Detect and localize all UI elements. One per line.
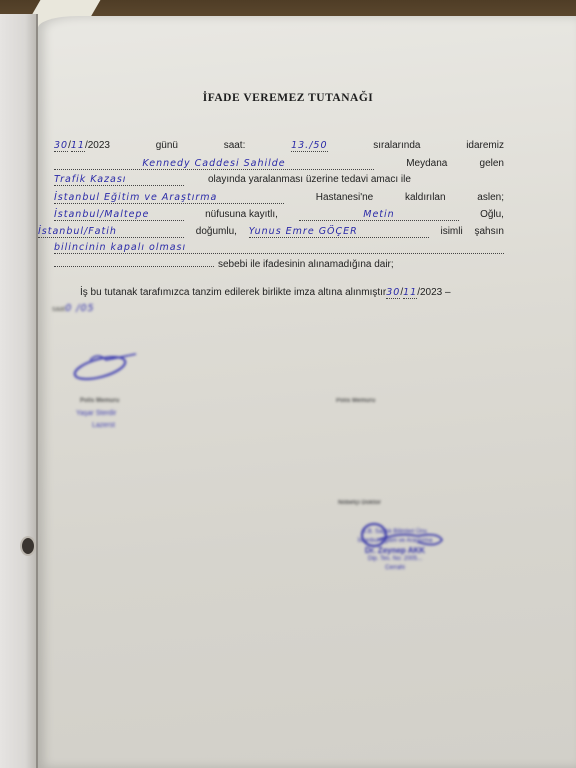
- hospital-value: İstanbul Eğitim ve Araştırma: [54, 192, 284, 204]
- stamp-doctor-name: Dr. Zeynep AKK: [330, 546, 460, 555]
- police1-name-line1: Yaşar Sterdir: [76, 410, 116, 417]
- doctor-stamp: S.B. Sağlık Bilimleri Ünv. İstanbul Eğit…: [330, 528, 460, 598]
- closing-time-value: 0 /05: [65, 303, 94, 314]
- document-title: İFADE VEREMEZ TUTANAĞI: [0, 92, 576, 104]
- date-year: /2023: [85, 140, 110, 151]
- line-hospital: İstanbul Eğitim ve Araştırma Hastanesi'n…: [54, 192, 504, 204]
- registry-value: İstanbul/Maltepe: [54, 209, 184, 221]
- label-gelen: gelen: [480, 158, 504, 169]
- closing-time-prefix: saat: [52, 306, 65, 313]
- line-incident: Trafik Kazası olayında yaralanması üzeri…: [54, 174, 504, 186]
- line-birth: İstanbul/Fatih doğumlu, Yunus Emre GÖÇER…: [38, 226, 504, 238]
- line-date-time: 30/11/2023 günü saat: 13./50 sıralarında…: [54, 140, 504, 152]
- police1-label: Polis Memuru: [80, 398, 119, 404]
- person-name-value: Yunus Emre GÖÇER: [249, 226, 429, 238]
- label-isimli: isimli: [440, 226, 462, 237]
- incident-type-value: Trafik Kazası: [54, 174, 184, 186]
- label-siralarinda: sıralarında: [373, 140, 420, 151]
- birth-place-value: İstanbul/Fatih: [38, 226, 184, 238]
- closing-date-month: 11: [403, 287, 417, 299]
- label-oglu: Oğlu,: [480, 209, 504, 220]
- line-registry: İstanbul/Maltepe nüfusuna kayıtlı, Metin…: [54, 209, 504, 221]
- binder-ring-hole: [22, 538, 34, 554]
- stamp-line3: Dip. Tes. No: 2005...: [330, 555, 460, 564]
- date-field: 30/11/2023: [54, 140, 110, 152]
- label-olayinda: olayında yaralanması üzerine tedavi amac…: [208, 174, 504, 185]
- label-aslen: aslen;: [477, 192, 504, 203]
- doctor-label: Nöbetçi Doktor: [338, 500, 381, 506]
- closing-date-day: 30: [386, 287, 400, 299]
- line-location: Kennedy Caddesi Sahilde Meydana gelen: [54, 158, 504, 170]
- signature-scribble-icon: [70, 348, 140, 382]
- label-kaldirilan: kaldırılan: [405, 192, 446, 203]
- date-day-value: 30: [54, 140, 68, 152]
- label-gunu: günü: [156, 140, 178, 151]
- previous-page-edge: [0, 14, 38, 768]
- line-reason-end: sebebi ile ifadesinin alınamadığına dair…: [54, 256, 504, 270]
- label-sebebi: sebebi ile ifadesinin alınamadığına dair…: [218, 259, 394, 270]
- line-closing-time: saat 0 /05: [52, 303, 172, 314]
- police1-name-line2: Lazerst: [92, 422, 115, 429]
- stamp-line2: İstanbul Eğitim ve Araştırma: [330, 537, 460, 546]
- label-meydana: Meydana: [406, 158, 447, 169]
- line-closing: İş bu tutanak tarafımızca tanzim edilere…: [80, 287, 520, 299]
- label-nufusuna: nüfusuna kayıtlı,: [205, 209, 278, 220]
- label-saat: saat:: [224, 140, 246, 151]
- police2-label: Polis Memuru: [336, 398, 375, 404]
- blank-line: [54, 256, 214, 267]
- line-reason: bilincinin kapalı olması: [54, 242, 504, 254]
- label-idaremiz: idaremiz: [466, 140, 504, 151]
- location-value: Kennedy Caddesi Sahilde: [54, 158, 374, 170]
- stamp-line4: Cerrahi: [330, 564, 460, 573]
- document-page: [38, 16, 576, 768]
- closing-text: İş bu tutanak tarafımızca tanzim edilere…: [80, 287, 386, 298]
- father-name-value: Metin: [299, 209, 459, 221]
- date-month-value: 11: [71, 140, 85, 152]
- label-hastanesi: Hastanesi'ne: [316, 192, 374, 203]
- label-dogumlu: doğumlu,: [196, 226, 237, 237]
- closing-date-year: /2023 –: [417, 287, 450, 298]
- reason-value: bilincinin kapalı olması: [54, 242, 504, 254]
- stamp-line1: S.B. Sağlık Bilimleri Ünv.: [330, 528, 460, 537]
- label-sahsin: şahsın: [474, 226, 503, 237]
- time-value: 13./50: [291, 140, 327, 152]
